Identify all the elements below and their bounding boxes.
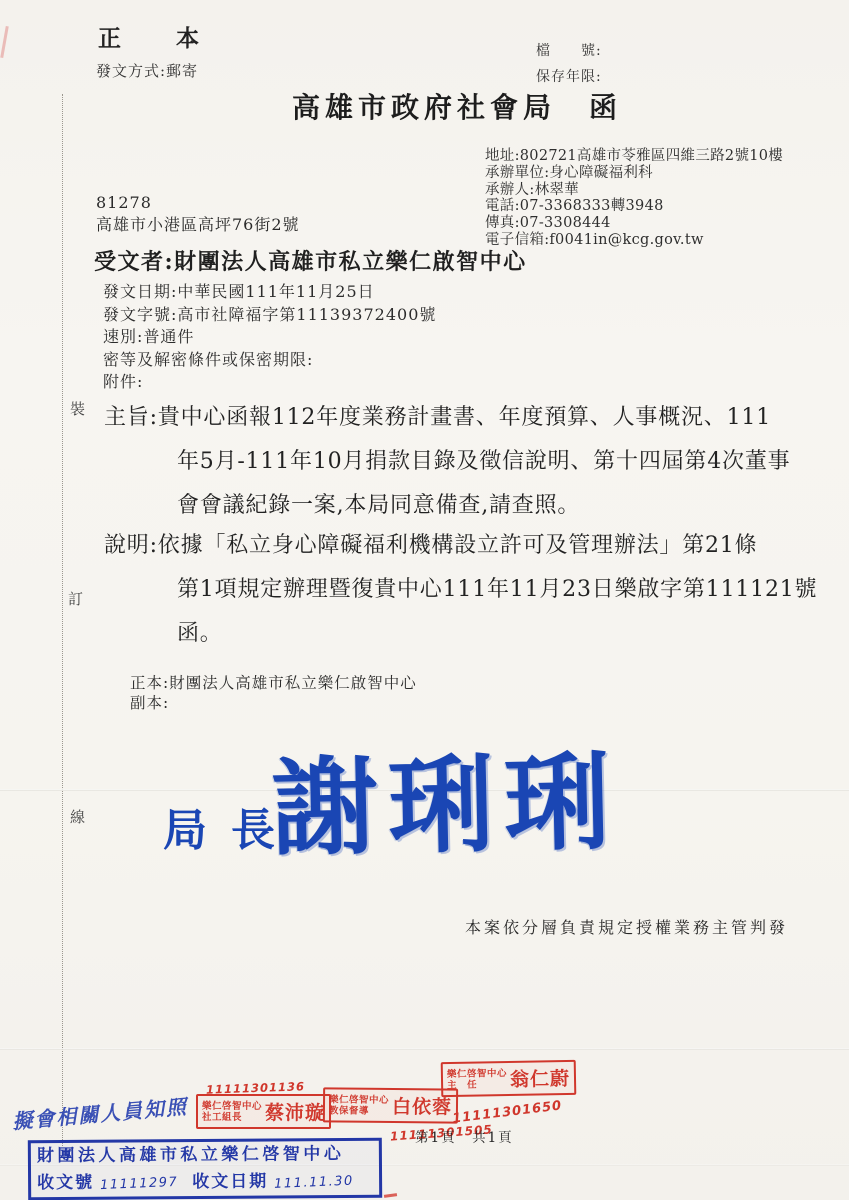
paper-fold-line-2	[0, 1048, 849, 1050]
sender-unit: 承辦單位:身心障礙福利科	[485, 165, 783, 182]
recipient-zip: 81278	[96, 193, 152, 212]
stamp-receive: 財團法人高雄市私立樂仁啓智中心 收文號 11111297 收文日期 111.11…	[28, 1138, 382, 1200]
scan-artifact-red-mark	[0, 26, 9, 58]
copy-type-label: 正 本	[98, 20, 215, 53]
issue-number: 發文字號:高市社障福字第11139372400號	[103, 304, 436, 327]
sender-email: 電子信箱:f0041in@kcg.gov.tw	[485, 232, 783, 249]
subject-line-3: 會會議紀錄一案,本局同意備查,請查照。	[177, 488, 580, 519]
security-class: 密等及解密條件或保密期限:	[103, 349, 436, 372]
stamp-director: 樂仁啓智中心 主 任 翁仁蔚	[441, 1060, 577, 1097]
receive-stamp-org: 財團法人高雄市私立樂仁啓智中心	[37, 1144, 373, 1166]
binding-mark-zhuang: 裝	[70, 398, 85, 419]
explanation-line-2: 第1項規定辦理暨復貴中心111年11月23日樂啟字第111121號	[177, 572, 817, 603]
sender-phone: 電話:07-3368333轉3948	[485, 198, 783, 215]
file-number-label: 檔 號:	[536, 40, 602, 60]
carbon-copy-line: 副本:	[130, 691, 169, 713]
stamp-care-supervisor: 樂仁啓智中心 教保督導 白依蓉	[323, 1087, 458, 1123]
explanation-line-3: 函。	[177, 616, 223, 647]
sender-address: 地址:802721高雄市苓雅區四維三路2號10樓	[485, 148, 783, 165]
receive-date-label: 收文日期	[192, 1167, 268, 1193]
receive-date-value: 111.11.30	[274, 1174, 354, 1192]
sender-contact-block: 地址:802721高雄市苓雅區四維三路2號10樓 承辦單位:身心障礙福利科 承辦…	[485, 148, 783, 249]
explanation-line-1: 說明:依據「私立身心障礙福利機構設立許可及管理辦法」第21條	[104, 528, 757, 559]
handwritten-routing-note: 擬會相關人員知照	[11, 1090, 189, 1134]
stamp-org-text: 樂仁啓智中心	[202, 1101, 262, 1112]
stamp-title-text: 社工組長	[202, 1112, 262, 1123]
issue-date: 發文日期:中華民國111年11月25日	[103, 281, 436, 304]
original-copy-line: 正本:財團法人高雄市私立樂仁啟智中心	[130, 671, 417, 693]
stamp-org-text: 樂仁啓智中心	[329, 1094, 389, 1106]
stamp-title-text: 教保督導	[329, 1105, 389, 1117]
handwritten-datetime-director: 11111301650	[451, 1098, 563, 1126]
sender-person: 承辦人:林翠華	[485, 182, 783, 199]
sender-fax: 傳真:07-3308444	[485, 215, 783, 232]
attachment-label: 附件:	[103, 371, 436, 394]
stamp-director-name: 翁仁蔚	[510, 1064, 570, 1092]
recipient-address: 高雄市小港區高坪76街2號	[96, 212, 300, 235]
stamp-care-supervisor-org-title: 樂仁啓智中心 教保督導	[329, 1094, 389, 1117]
signer-name-stamp: 謝琍琍	[271, 748, 621, 861]
document-title: 高雄市政府社會局 函	[292, 86, 622, 126]
receive-no-value: 11111297	[100, 1175, 179, 1193]
stamp-director-org-title: 樂仁啓智中心 主 任	[447, 1068, 507, 1091]
stamp-social-worker-name: 蔡沛璇	[265, 1098, 325, 1125]
retention-period-label: 保存年限:	[536, 66, 602, 86]
receive-stamp-detail: 收文號 11111297 收文日期 111.11.30	[37, 1166, 373, 1193]
scan-artifact-red-tick	[384, 1193, 397, 1198]
binding-mark-xian: 線	[70, 806, 85, 827]
binding-dotted-line	[62, 94, 63, 1146]
document-meta-block: 發文日期:中華民國111年11月25日 發文字號:高市社障福字第11139372…	[103, 281, 436, 394]
stamp-social-worker-org-title: 樂仁啓智中心 社工組長	[202, 1101, 262, 1123]
recipient-line: 受文者:財團法人高雄市私立樂仁啟智中心	[94, 245, 527, 276]
receive-no-label: 收文號	[37, 1168, 94, 1193]
subject-line-1: 主旨:貴中心函報112年度業務計畫書、年度預算、人事概況、111	[104, 400, 771, 431]
scanned-official-letter: 正 本 發文方式:郵寄 檔 號: 保存年限: 高雄市政府社會局 函 地址:802…	[0, 0, 849, 1200]
speed-class: 速別:普通件	[103, 326, 436, 349]
authorization-note: 本案依分層負責規定授權業務主管判發	[465, 915, 788, 938]
stamp-social-worker: 樂仁啓智中心 社工組長 蔡沛璇	[196, 1094, 331, 1129]
page-number-info: 第1頁 共1頁	[415, 1126, 514, 1146]
subject-line-2: 年5月-111年10月捐款目錄及徵信說明、第十四屆第4次董事	[177, 444, 790, 475]
stamp-title-text: 主 任	[447, 1079, 507, 1091]
delivery-method-label: 發文方式:郵寄	[96, 60, 198, 81]
binding-mark-ding: 訂	[68, 588, 83, 609]
